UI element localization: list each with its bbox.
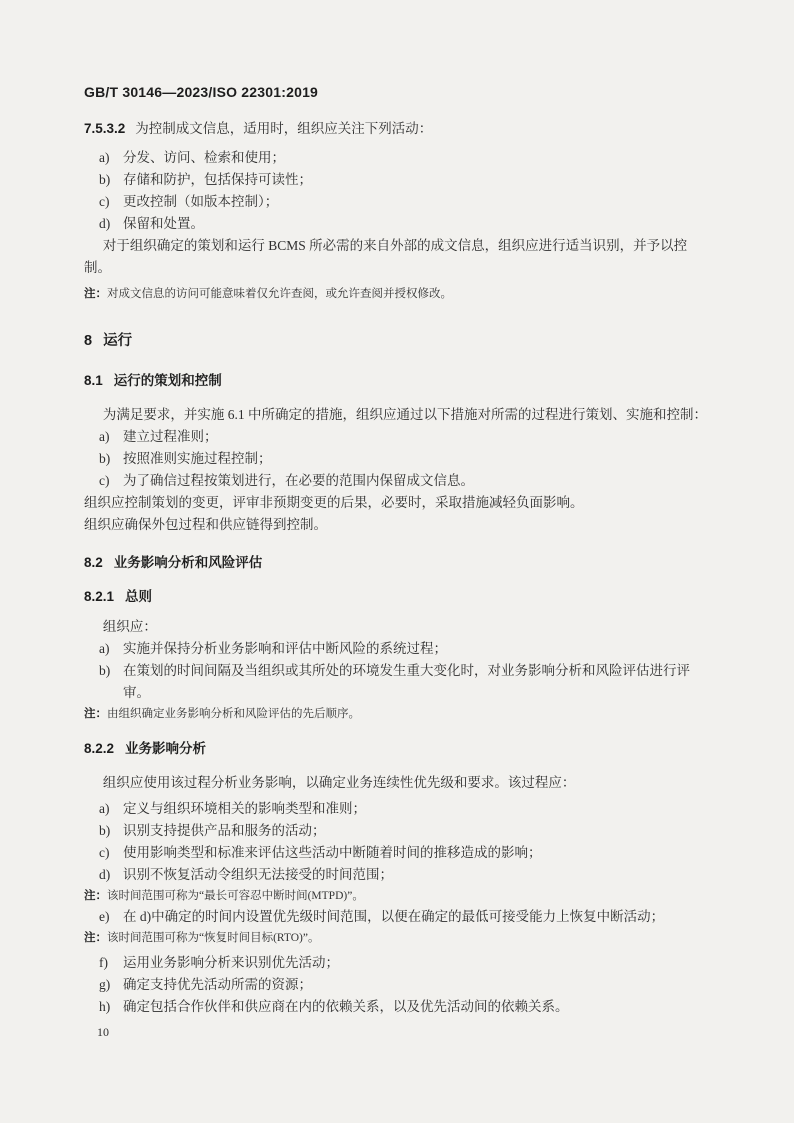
section-number: 8.1: [84, 373, 103, 388]
section-title: 业务影响分析: [125, 741, 206, 756]
list-item: a)建立过程准则；: [99, 426, 710, 448]
list-item-text: 运用业务影响分析来识别优先活动；: [123, 952, 710, 974]
list-marker: b): [99, 820, 123, 842]
section-8-2-1-note: 注：由组织确定业务影响分析和风险评估的先后顺序。: [84, 704, 710, 724]
section-8-1-list: a)建立过程准则； b)按照准则实施过程控制； c)为了确信过程按策划进行，在必…: [84, 426, 710, 492]
section-title: 运行的策划和控制: [114, 373, 222, 388]
list-item: a)定义与组织环境相关的影响类型和准则；: [99, 798, 710, 820]
section-8-1-paragraph-1: 组织应控制策划的变更，评审非预期变更的后果，必要时，采取措施减轻负面影响。: [84, 492, 710, 514]
note-label: 注：: [84, 932, 107, 944]
list-item: h)确定包括合作伙伴和供应商在内的依赖关系，以及优先活动间的依赖关系。: [99, 996, 710, 1018]
list-marker: a): [99, 147, 123, 169]
list-item: f)运用业务影响分析来识别优先活动；: [99, 952, 710, 974]
list-item-text: 更改控制（如版本控制）；: [123, 191, 710, 213]
list-item: g)确定支持优先活动所需的资源；: [99, 974, 710, 996]
note-text: 对成文信息的访问可能意味着仅允许查阅，或允许查阅并授权修改。: [107, 288, 452, 300]
section-8-1-intro: 为满足要求，并实施 6.1 中所确定的措施，组织应通过以下措施对所需的过程进行策…: [84, 404, 710, 426]
list-item-text: 使用影响类型和标准来评估这些活动中断随着时间的推移造成的影响；: [123, 842, 710, 864]
list-item-text: 建立过程准则；: [123, 426, 710, 448]
list-item: d)识别不恢复活动令组织无法接受的时间范围；: [99, 864, 710, 886]
section-8-2-1-heading: 8.2.1总则: [84, 586, 710, 608]
list-marker: c): [99, 842, 123, 864]
list-item-text: 在 d)中确定的时间内设置优先级时间范围，以便在确定的最低可接受能力上恢复中断活…: [123, 906, 710, 928]
list-marker: g): [99, 974, 123, 996]
section-8-2-2-list-a-d: a)定义与组织环境相关的影响类型和准则； b)识别支持提供产品和服务的活动； c…: [84, 798, 710, 886]
list-marker: a): [99, 798, 123, 820]
list-item-text: 定义与组织环境相关的影响类型和准则；: [123, 798, 710, 820]
list-marker: c): [99, 191, 123, 213]
section-title: 业务影响分析和风险评估: [114, 555, 263, 570]
section-8-2-2-note-rto: 注：该时间范围可称为“恢复时间目标(RTO)”。: [84, 928, 710, 948]
section-title: 运行: [103, 333, 132, 349]
list-marker: b): [99, 660, 123, 704]
section-8-2-2-list-f-h: f)运用业务影响分析来识别优先活动； g)确定支持优先活动所需的资源； h)确定…: [84, 952, 710, 1018]
list-item: a)实施并保持分析业务影响和评估中断风险的系统过程；: [99, 638, 710, 660]
list-item: b)识别支持提供产品和服务的活动；: [99, 820, 710, 842]
clause-7-5-3-2-note: 注：对成文信息的访问可能意味着仅允许查阅，或允许查阅并授权修改。: [84, 284, 710, 304]
section-8-2-1-list: a)实施并保持分析业务影响和评估中断风险的系统过程； b)在策划的时间间隔及当组…: [84, 638, 710, 704]
list-item-text: 确定包括合作伙伴和供应商在内的依赖关系，以及优先活动间的依赖关系。: [123, 996, 710, 1018]
page-number: 10: [84, 1022, 710, 1042]
list-item: c)使用影响类型和标准来评估这些活动中断随着时间的推移造成的影响；: [99, 842, 710, 864]
list-item-text: 识别不恢复活动令组织无法接受的时间范围；: [123, 864, 710, 886]
note-text: 该时间范围可称为“恢复时间目标(RTO)”。: [107, 932, 319, 944]
list-marker: b): [99, 448, 123, 470]
note-label: 注：: [84, 890, 107, 902]
list-item-text: 保留和处置。: [123, 213, 710, 235]
list-item: b)在策划的时间间隔及当组织或其所处的环境发生重大变化时，对业务影响分析和风险评…: [99, 660, 710, 704]
section-8-2-2-note-mtpd: 注：该时间范围可称为“最长可容忍中断时间(MTPD)”。: [84, 886, 710, 906]
list-item-text: 存储和防护，包括保持可读性；: [123, 169, 710, 191]
section-number: 8.2.2: [84, 741, 114, 756]
section-8-1-heading: 8.1运行的策划和控制: [84, 370, 710, 392]
list-marker: a): [99, 426, 123, 448]
clause-text: 为控制成文信息，适用时，组织应关注下列活动：: [135, 121, 432, 136]
list-marker: h): [99, 996, 123, 1018]
section-number: 8.2.1: [84, 589, 114, 604]
section-8-2-2-intro: 组织应使用该过程分析业务影响，以确定业务连续性优先级和要求。该过程应：: [84, 772, 710, 794]
list-item: e)在 d)中确定的时间内设置优先级时间范围，以便在确定的最低可接受能力上恢复中…: [99, 906, 710, 928]
list-item-text: 分发、访问、检索和使用；: [123, 147, 710, 169]
list-marker: b): [99, 169, 123, 191]
note-label: 注：: [84, 708, 107, 720]
section-number: 8: [84, 333, 92, 349]
list-marker: a): [99, 638, 123, 660]
list-item: b)存储和防护，包括保持可读性；: [99, 169, 710, 191]
clause-7-5-3-2-paragraph: 对于组织确定的策划和运行 BCMS 所必需的来自外部的成文信息，组织应进行适当识…: [84, 235, 710, 279]
section-number: 8.2: [84, 555, 103, 570]
list-item-text: 在策划的时间间隔及当组织或其所处的环境发生重大变化时，对业务影响分析和风险评估进…: [123, 660, 710, 704]
list-item: a)分发、访问、检索和使用；: [99, 147, 710, 169]
list-item: c)为了确信过程按策划进行，在必要的范围内保留成文信息。: [99, 470, 710, 492]
list-item: d)保留和处置。: [99, 213, 710, 235]
list-item-text: 为了确信过程按策划进行，在必要的范围内保留成文信息。: [123, 470, 710, 492]
clause-number: 7.5.3.2: [84, 121, 125, 136]
note-text: 该时间范围可称为“最长可容忍中断时间(MTPD)”。: [107, 890, 364, 902]
section-8-2-2-list-e: e)在 d)中确定的时间内设置优先级时间范围，以便在确定的最低可接受能力上恢复中…: [84, 906, 710, 928]
note-label: 注：: [84, 288, 107, 300]
list-marker: d): [99, 213, 123, 235]
section-8-2-heading: 8.2业务影响分析和风险评估: [84, 552, 710, 574]
section-8-heading: 8运行: [84, 330, 710, 352]
section-8-2-2-heading: 8.2.2业务影响分析: [84, 738, 710, 760]
list-marker: e): [99, 906, 123, 928]
section-title: 总则: [125, 589, 152, 604]
section-8-2-1-intro: 组织应：: [84, 616, 710, 638]
note-text: 由组织确定业务影响分析和风险评估的先后顺序。: [107, 708, 360, 720]
clause-7-5-3-2-heading-line: 7.5.3.2为控制成文信息，适用时，组织应关注下列活动：: [84, 118, 710, 140]
list-item-text: 按照准则实施过程控制；: [123, 448, 710, 470]
list-item: c)更改控制（如版本控制）；: [99, 191, 710, 213]
list-item: b)按照准则实施过程控制；: [99, 448, 710, 470]
standard-number-header: GB/T 30146—2023/ISO 22301:2019: [84, 82, 710, 102]
list-marker: f): [99, 952, 123, 974]
list-item-text: 实施并保持分析业务影响和评估中断风险的系统过程；: [123, 638, 710, 660]
clause-7-5-3-2-list: a)分发、访问、检索和使用； b)存储和防护，包括保持可读性； c)更改控制（如…: [84, 147, 710, 235]
section-8-1-paragraph-2: 组织应确保外包过程和供应链得到控制。: [84, 514, 710, 536]
list-item-text: 确定支持优先活动所需的资源；: [123, 974, 710, 996]
list-marker: d): [99, 864, 123, 886]
list-marker: c): [99, 470, 123, 492]
list-item-text: 识别支持提供产品和服务的活动；: [123, 820, 710, 842]
document-page: GB/T 30146—2023/ISO 22301:2019 7.5.3.2为控…: [0, 0, 794, 1123]
